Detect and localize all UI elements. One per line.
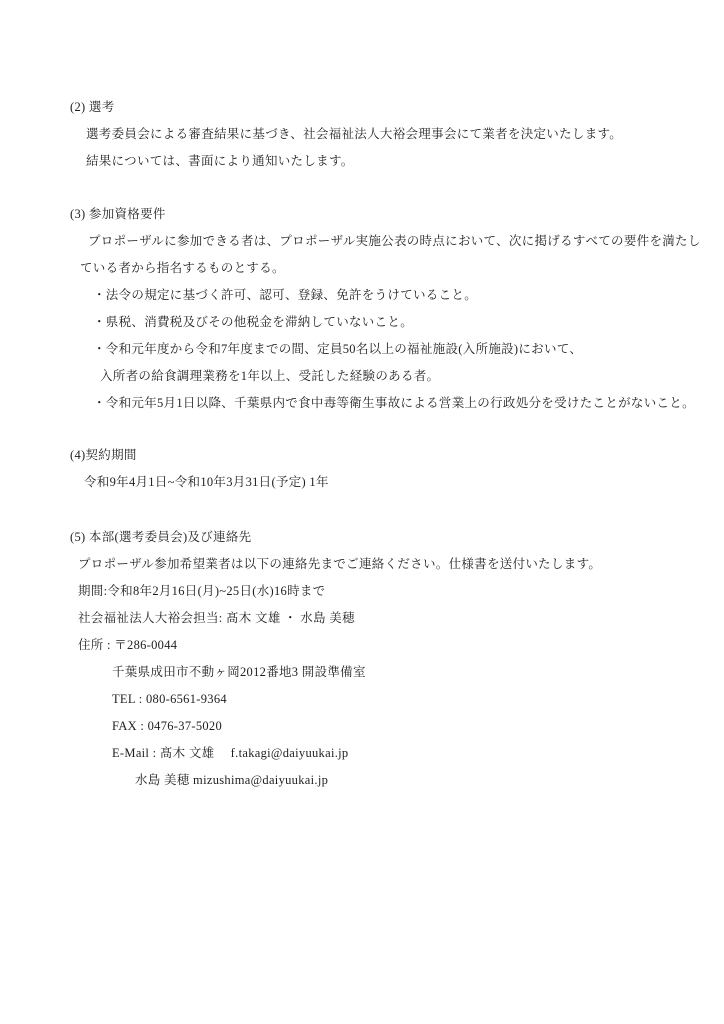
- section-4-heading: (4)契約期間: [70, 442, 684, 469]
- contact-intro: プロポーザル参加希望業者は以下の連絡先までご連絡ください。仕様書を送付いたします…: [78, 551, 684, 578]
- eligibility-bullet-1: ・法令の規定に基づく許可、認可、登録、免許をうけていること。: [93, 282, 684, 309]
- document-page: (2) 選考 選考委員会による審査結果に基づき、社会福祉法人大裕会理事会にて業者…: [0, 0, 724, 1024]
- fax-line: FAX : 0476-37-5020: [112, 713, 684, 740]
- eligibility-bullet-4: ・令和元年5月1日以降、千葉県内で食中毒等衛生事故による営業上の行政処分を受けた…: [93, 390, 684, 417]
- address-label: 住所 : 〒286-0044: [78, 632, 684, 659]
- section-3-intro-1: プロポーザルに参加できる者は、プロポーザル実施公表の時点において、次に掲げるすべ…: [88, 228, 684, 255]
- eligibility-bullet-2: ・県税、消費税及びその他税金を滞納していないこと。: [93, 309, 684, 336]
- section-eligibility: (3) 参加資格要件 プロポーザルに参加できる者は、プロポーザル実施公表の時点に…: [70, 201, 684, 417]
- section-contact: (5) 本部(選考委員会)及び連絡先 プロポーザル参加希望業者は以下の連絡先まで…: [70, 524, 684, 794]
- section-2-paragraph-1: 選考委員会による審査結果に基づき、社会福祉法人大裕会理事会にて業者を決定いたしま…: [86, 121, 684, 148]
- email-line-2: 水島 美穂 mizushima@daiyuukai.jp: [135, 767, 684, 794]
- eligibility-bullet-3-continuation: 入所者の給食調理業務を1年以上、受託した経験のある者。: [100, 363, 684, 390]
- section-2-paragraph-2: 結果については、書面により通知いたします。: [86, 148, 684, 175]
- section-2-heading: (2) 選考: [70, 94, 684, 121]
- section-selection: (2) 選考 選考委員会による審査結果に基づき、社会福祉法人大裕会理事会にて業者…: [70, 94, 684, 175]
- contact-period: 期間:令和8年2月16日(月)~25日(水)16時まで: [78, 578, 684, 605]
- section-5-heading: (5) 本部(選考委員会)及び連絡先: [70, 524, 684, 551]
- contract-period-value: 令和9年4月1日~令和10年3月31日(予定) 1年: [84, 469, 684, 496]
- section-3-heading: (3) 参加資格要件: [70, 201, 684, 228]
- email-line-1: E-Mail : 髙木 文雄 f.takagi@daiyuukai.jp: [112, 740, 684, 767]
- section-contract-period: (4)契約期間 令和9年4月1日~令和10年3月31日(予定) 1年: [70, 442, 684, 496]
- contact-persons: 社会福祉法人大裕会担当: 髙木 文雄 ・ 水島 美穂: [78, 605, 684, 632]
- address-line: 千葉県成田市不動ヶ岡2012番地3 開設準備室: [112, 659, 684, 686]
- section-3-intro-2: ている者から指名するものとする。: [80, 255, 684, 282]
- eligibility-bullet-3: ・令和元年度から令和7年度までの間、定員50名以上の福祉施設(入所施設)において…: [93, 336, 684, 363]
- tel-line: TEL : 080-6561-9364: [112, 686, 684, 713]
